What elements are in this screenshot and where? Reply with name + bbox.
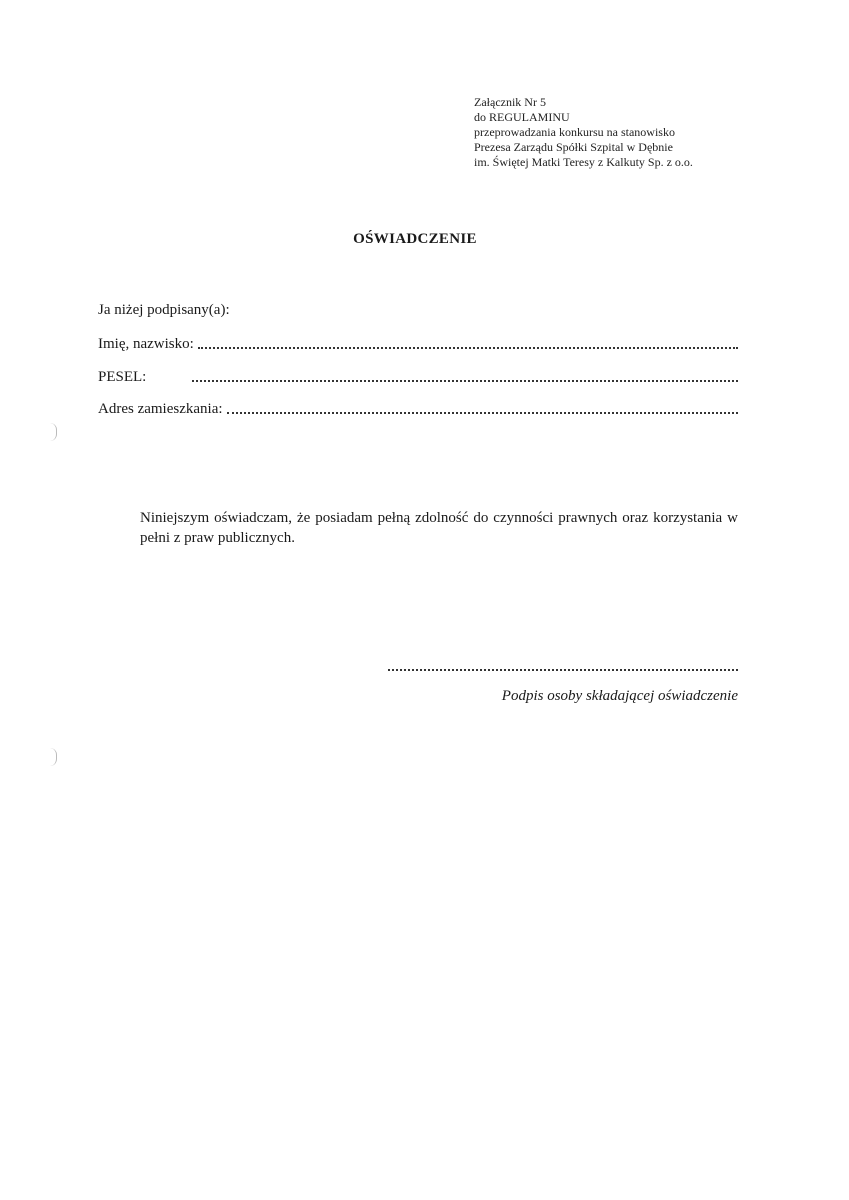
name-input-line[interactable] [198, 346, 738, 349]
punch-hole-mark [50, 748, 57, 766]
intro-text: Ja niżej podpisany(a): [98, 302, 230, 319]
address-label: Adres zamieszkania: [98, 401, 223, 418]
header-line: im. Świętej Matki Teresy z Kalkuty Sp. z… [474, 155, 693, 170]
name-label: Imię, nazwisko: [98, 336, 194, 353]
document-title: OŚWIADCZENIE [0, 231, 830, 248]
address-input-line[interactable] [227, 411, 738, 414]
header-line: przeprowadzania konkursu na stanowisko [474, 125, 693, 140]
header-line: Prezesa Zarządu Spółki Szpital w Dębnie [474, 140, 693, 155]
header-line: Załącznik Nr 5 [474, 95, 693, 110]
pesel-input-line[interactable] [192, 379, 738, 382]
signature-caption: Podpis osoby składającej oświadczenie [388, 688, 738, 705]
punch-hole-mark [50, 423, 57, 441]
attachment-header: Załącznik Nr 5 do REGULAMINU przeprowadz… [474, 95, 693, 170]
pesel-label: PESEL: [98, 369, 146, 386]
pesel-field[interactable]: PESEL: [98, 369, 738, 386]
address-field[interactable]: Adres zamieszkania: [98, 401, 738, 418]
signature-line[interactable] [388, 668, 738, 671]
header-line: do REGULAMINU [474, 110, 693, 125]
name-field[interactable]: Imię, nazwisko: [98, 336, 738, 353]
statement-text: Niniejszym oświadczam, że posiadam pełną… [140, 508, 738, 548]
